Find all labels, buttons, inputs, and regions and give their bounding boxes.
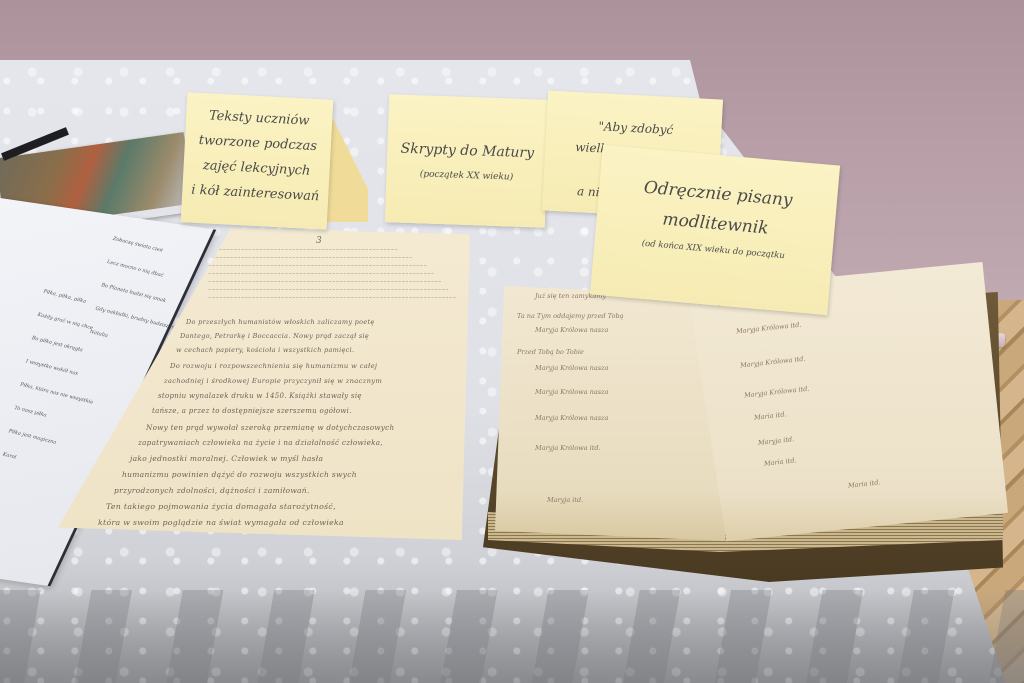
poem-line: Bo piłka jest okrągła [31,334,106,360]
poem-line: Piłka, która nas nie wszystkie [19,381,94,407]
handwritten-line: zapatrywaniach człowieka na życie i na d… [138,438,383,447]
poem-line: Lecz mocno o nią dbać [106,258,195,287]
antique-prayer-book: Już się ten zamykamy Ta na Tym oddajemy … [483,262,1008,587]
book-line: Maryja Królowa itd. [744,385,810,400]
handwritten-line: w cechach papiery, kościoła i wszystkich… [176,346,354,354]
book-line: Maryja Królowa itd. [535,444,601,452]
book-line: Maryja itd. [547,496,583,504]
book-line: Maria itd. [848,478,881,489]
book-line: Maria itd. [764,456,797,467]
book-line: Przed Tobą bo Tobie [517,348,584,356]
book-left-page: Już się ten zamykamy Ta na Tym oddajemy … [495,286,725,541]
small-handwriting-block: ~~~~~~~~~~~~~~~~~~~~~~~~~~~~~~~~~~~~~~~~… [208,246,456,302]
book-line: Maryja Królowa nasza [535,388,608,396]
poem-line: Karol [2,451,77,477]
card-subtitle: (początek XX wieku) [386,168,546,184]
handwritten-line: przyrodzonych zdolności, dążności i zami… [114,486,310,495]
poem-line: To nasz piłka [13,404,88,430]
poem-line: I wszystko wokół nas [25,357,100,383]
card-student-texts: Teksty uczniów tworzone podczas zajęć le… [181,92,334,229]
card-prayer-book: Odręcznie pisany modlitewnik (od końca X… [590,145,840,315]
book-line: Maria itd. [754,410,787,421]
book-line: Maryja Królowa itd. [736,321,802,336]
handwritten-line: która w swoim poglądzie na świat wymagał… [98,518,344,527]
card-title: Skrypty do Matury [387,140,547,162]
book-line: Maryja Królowa nasza [535,364,608,372]
poem-line: Każdy grać w nią chce [37,311,112,337]
handwritten-line: jako jednostki moralnej. Człowiek w myśl… [130,454,323,463]
handwritten-line: Ten takiego pojmowania życia domagała st… [106,502,336,511]
exhibition-photo: Zobaczę świata cień Lecz mocno o nią dba… [0,0,1024,683]
page-number: 3 [316,236,322,246]
handwritten-line: Nowy ten prąd wywołał szeroką przemianę … [146,423,394,432]
book-line: Ta na Tym oddajemy przed Tobą [517,312,624,320]
book-line: Maryja itd. [758,435,795,447]
book-line: Maryja Królowa itd. [740,355,806,370]
handwritten-line: Do przeszłych humanistów włoskich zalicz… [186,318,375,326]
poem-line: Piłka, piłka, piłka [42,288,117,314]
handwritten-line: humanizmu powinien dążyć do rozwoju wszy… [122,470,357,479]
handwritten-line: stopniu wynalazek druku w 1450. Książki … [158,392,362,400]
poem-line: Piłka jest magiczna [8,427,83,453]
book-line: Maryja Królowa nasza [535,414,608,422]
handwritten-line: Dantego, Petrarkę i Boccaccia. Nowy prąd… [180,332,369,340]
handwritten-line: Do rozwoju i rozpowszechnienia się human… [170,362,377,370]
card-matura-scripts: Skrypty do Matury (początek XX wieku) [385,94,549,228]
tablecloth-drape [0,590,1024,683]
poem-line: Zobaczę świata cień [112,235,201,264]
handwritten-line: tańsze, a przez to dostępniejsze szersze… [152,407,352,415]
handwritten-line: zachodniej i środkowej Europie przyczyni… [164,377,382,385]
book-line: Maryja Królowa nasza [535,326,608,334]
